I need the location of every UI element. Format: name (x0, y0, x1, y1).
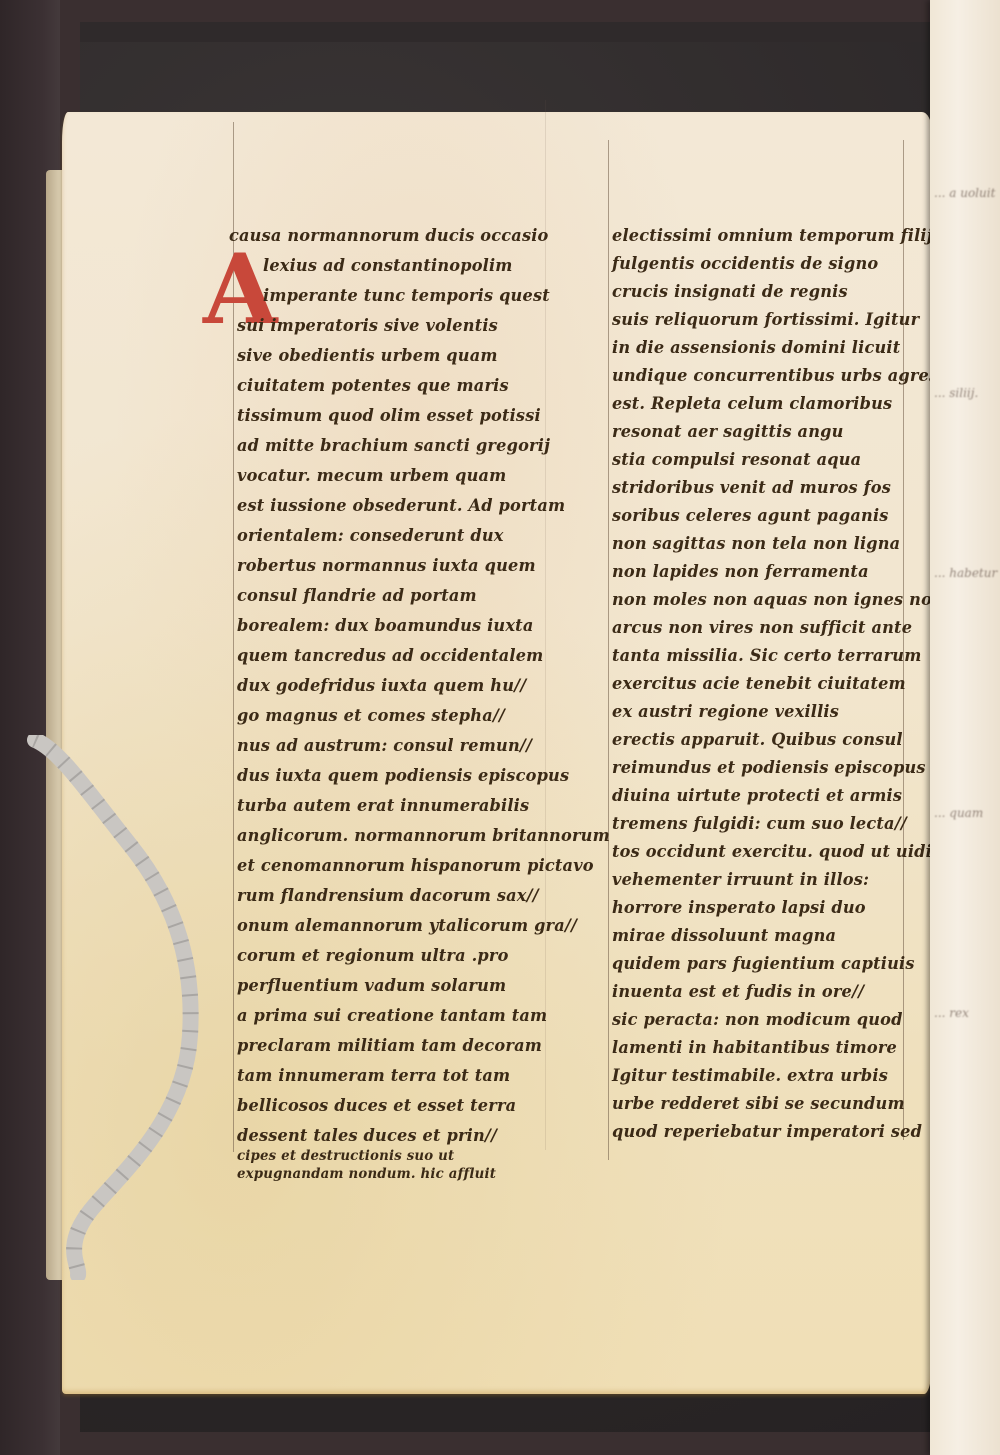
text-line: tos occidunt exercitu. quod ut uidit (612, 838, 940, 866)
text-line: orientalem: consederunt dux (237, 522, 504, 550)
text-line: tremens fulgidi: cum suo lecta// (612, 810, 907, 838)
text-line: lamenti in habitantibus timore (612, 1034, 897, 1062)
facing-page-text: ... siliij. (934, 380, 978, 406)
facing-page-text: ... rex (934, 1000, 969, 1026)
text-line: reimundus et podiensis episcopus (612, 754, 926, 782)
text-line: resonat aer sagittis angu (612, 418, 844, 446)
facing-page-text: ... quam (934, 800, 983, 826)
text-line: horrore insperato lapsi duo (612, 894, 866, 922)
facing-page-edge: ... a uoluit ... siliij. ... habetur ...… (930, 0, 1000, 1455)
text-line: lexius ad constantinopolim (263, 252, 513, 280)
text-line: tissimum quod olim esset potissi (237, 402, 541, 430)
text-line: corum et regionum ultra .pro (237, 942, 509, 970)
text-line: onum alemannorum ytalicorum gra// (237, 912, 577, 940)
left-text-column: causa normannorum ducis occasio lexius a… (237, 222, 577, 1142)
text-line: quem tancredus ad occidentalem (237, 642, 543, 670)
text-line: nus ad austrum: consul remun// (237, 732, 532, 760)
text-line: bellicosos duces et esset terra (237, 1092, 516, 1120)
text-line: diuina uirtute protecti et armis (612, 782, 902, 810)
text-line: stia compulsi resonat aqua (612, 446, 861, 474)
text-line: vehementer irruunt in illos: (612, 866, 869, 894)
text-line: expugnandam nondum. hic affluit (237, 1160, 496, 1188)
text-line: suis reliquorum fortissimi. Igitur (612, 306, 919, 334)
text-line: sui imperatoris sive volentis (237, 312, 498, 340)
text-line: fulgentis occidentis de signo (612, 250, 878, 278)
text-line: borealem: dux boamundus iuxta (237, 612, 533, 640)
cord-shape (20, 735, 210, 1280)
text-line: arcus non vires non sufficit ante (612, 614, 912, 642)
text-line: stridoribus venit ad muros fos (612, 474, 891, 502)
text-line: est. Repleta celum clamoribus (612, 390, 892, 418)
text-line: erectis apparuit. Quibus consul (612, 726, 903, 754)
text-line: electissimi omnium temporum filij (612, 222, 933, 250)
text-line: quidem pars fugientium captiuis (612, 950, 915, 978)
text-line: go magnus et comes stepha// (237, 702, 505, 730)
foam-support-edge (80, 22, 945, 42)
text-line: est iussione obsederunt. Ad portam (237, 492, 565, 520)
text-line: soribus celeres agunt paganis (612, 502, 889, 530)
text-line: imperante tunc temporis quest (263, 282, 550, 310)
text-line: a prima sui creatione tantam tam (237, 1002, 547, 1030)
text-line: non moles non aquas non ignes non (612, 586, 944, 614)
text-line: crucis insignati de regnis (612, 278, 848, 306)
text-line: non lapides non ferramenta (612, 558, 869, 586)
text-line: exercitus acie tenebit ciuitatem (612, 670, 906, 698)
text-line: preclaram militiam tam decoram (237, 1032, 542, 1060)
text-line: vocatur. mecum urbem quam (237, 462, 506, 490)
ruling-line-left-column-right (608, 140, 609, 1160)
text-line: turba autem erat innumerabilis (237, 792, 529, 820)
text-line: rum flandrensium dacorum sax// (237, 882, 539, 910)
text-line: quod reperiebatur imperatori sed (612, 1118, 922, 1146)
text-line: in die assensionis domini licuit (612, 334, 900, 362)
text-line: non sagittas non tela non ligna (612, 530, 900, 558)
text-line: ex austri regione vexillis (612, 698, 839, 726)
book-weight-cord (20, 735, 210, 1280)
facing-page-text: ... habetur (934, 560, 997, 586)
text-line: consul flandrie ad portam (237, 582, 477, 610)
text-line: ad mitte brachium sancti gregorij (237, 432, 550, 460)
text-line: ciuitatem potentes que maris (237, 372, 509, 400)
text-line: sive obedientis urbem quam (237, 342, 498, 370)
text-line: tam innumeram terra tot tam (237, 1062, 510, 1090)
text-line: mirae dissoluunt magna (612, 922, 836, 950)
text-line: sic peracta: non modicum quod (612, 1006, 903, 1034)
text-line: perfluentium vadum solarum (237, 972, 506, 1000)
text-line: tanta missilia. Sic certo terrarum (612, 642, 921, 670)
text-line: causa normannorum ducis occasio (229, 222, 549, 250)
right-text-column: electissimi omnium temporum filij fulgen… (612, 222, 932, 1142)
text-line: Igitur testimabile. extra urbis (612, 1062, 888, 1090)
text-line: dux godefridus iuxta quem hu// (237, 672, 526, 700)
text-line: dus iuxta quem podiensis episcopus (237, 762, 569, 790)
text-line: anglicorum. normannorum britannorum (237, 822, 610, 850)
text-line: inuenta est et fudis in ore// (612, 978, 864, 1006)
text-line: undique concurrentibus urbs agressa (612, 362, 958, 390)
text-line: urbe redderet sibi se secundum (612, 1090, 905, 1118)
text-line: et cenomannorum hispanorum pictavo (237, 852, 594, 880)
facing-page-text: ... a uoluit (934, 180, 995, 206)
text-line: robertus normannus iuxta quem (237, 552, 536, 580)
